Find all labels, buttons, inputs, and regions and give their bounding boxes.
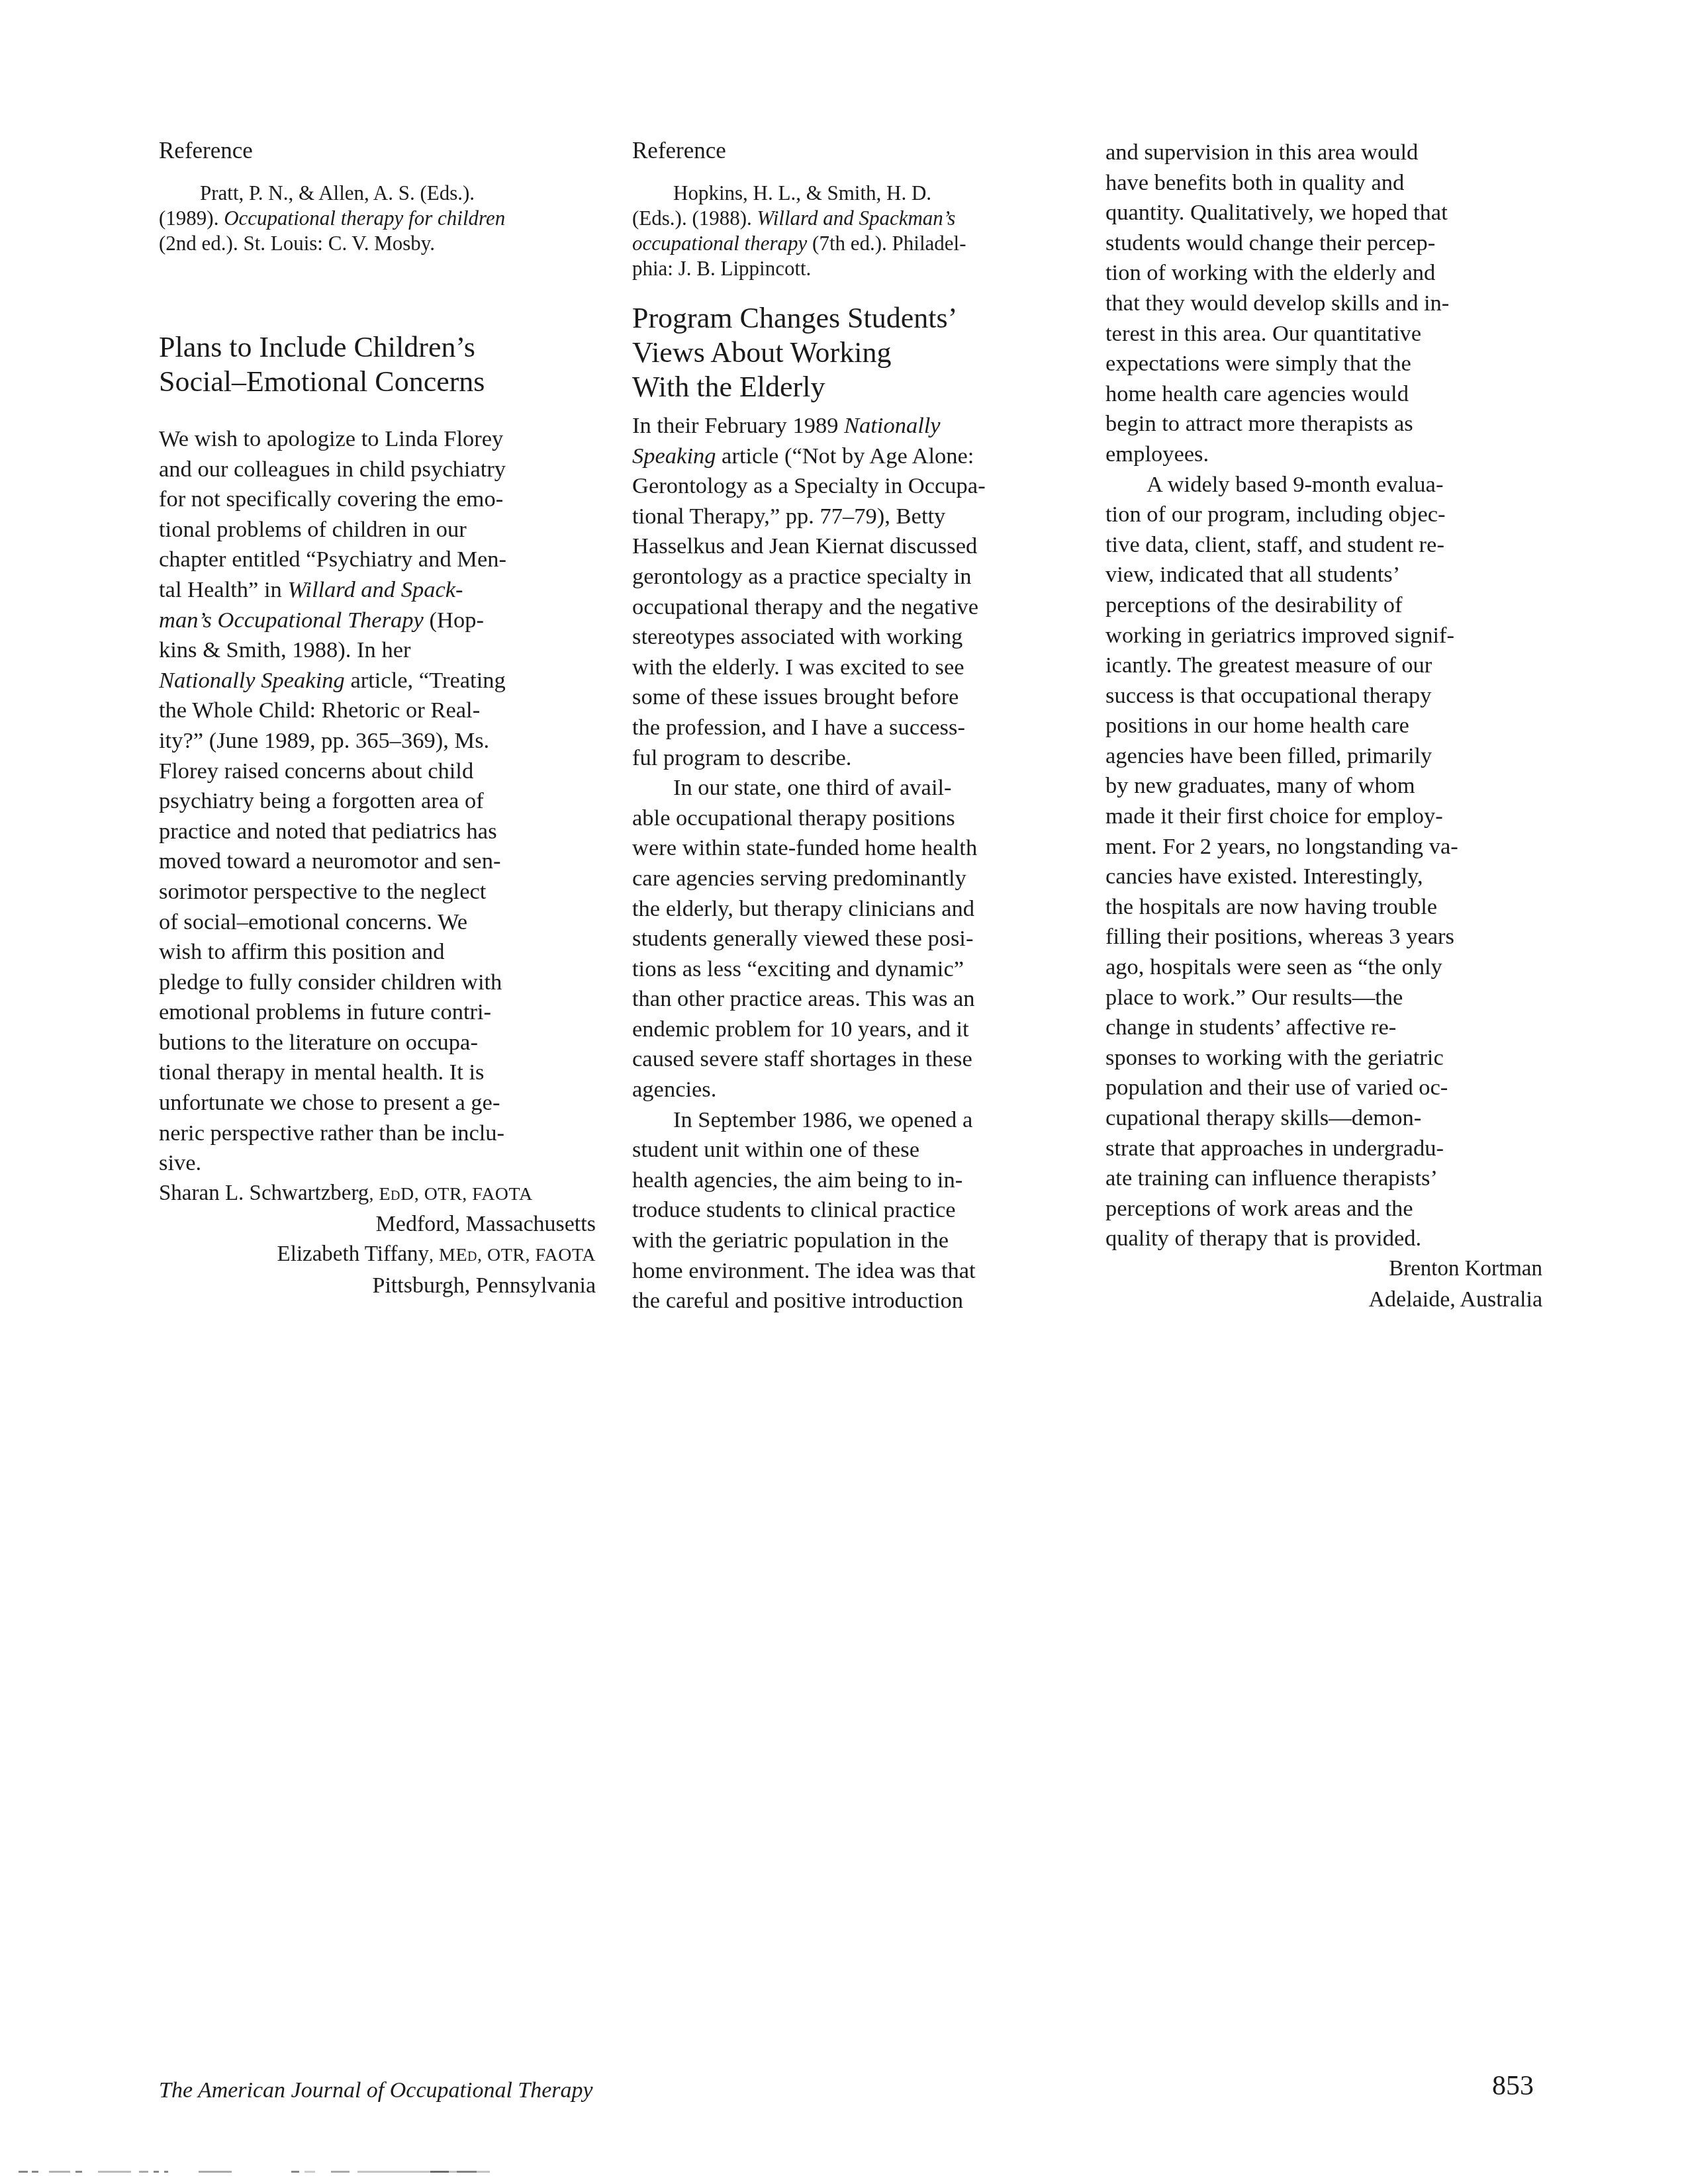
author-signature: Sharan L. Schwartzberg, EdD, OTR, FAOTA [159, 1179, 596, 1210]
body-line: able occupational therapy positions [632, 803, 1069, 834]
body-line: sorimotor perspective to the neglect [159, 877, 596, 907]
column-name-italic: Nationally Speaking [159, 668, 345, 693]
body-line: tional problems of children in our [159, 515, 596, 545]
body-line: ago, hospitals were seen as “the only [1105, 952, 1542, 983]
body-line: some of these issues brought before [632, 682, 1069, 713]
body-line: place to work.” Our results—the [1105, 983, 1542, 1013]
body-line: the elderly, but therapy clinicians and [632, 894, 1069, 925]
footer-journal-name: The American Journal of Occupational The… [159, 2078, 593, 2103]
journal-page: Reference Pratt, P. N., & Allen, A. S. (… [0, 0, 1688, 2184]
author-credentials: , MEd, OTR, FAOTA [429, 1245, 596, 1265]
body-line: Speaking article (“Not by Age Alone: [632, 441, 1069, 472]
reference-book-title: Occupational therapy for children [224, 206, 505, 230]
right-column: and supervision in this area would have … [1105, 138, 1542, 1314]
left-column: Reference Pratt, P. N., & Allen, A. S. (… [159, 136, 596, 1300]
body-line: perceptions of work areas and the [1105, 1194, 1542, 1224]
reference-line: (2nd ed.). St. Louis: C. V. Mosby. [159, 231, 596, 256]
article-body-continued: and supervision in this area would have … [1105, 138, 1542, 1254]
article-title-elderly: Program Changes Students’ Views About Wo… [632, 301, 1069, 404]
body-line: In our state, one third of avail- [632, 773, 1069, 803]
body-line: wish to affirm this position and [159, 937, 596, 968]
body-line: made it their first choice for employ- [1105, 801, 1542, 832]
body-line: home health care agencies would [1105, 379, 1542, 410]
body-line: cancies have existed. Interestingly, [1105, 862, 1542, 892]
body-line: Gerontology as a Specialty in Occupa- [632, 471, 1069, 502]
body-line: with the elderly. I was excited to see [632, 653, 1069, 683]
body-line: tive data, client, staff, and student re… [1105, 530, 1542, 561]
reference-heading: Reference [632, 136, 1069, 166]
body-line: strate that approaches in undergradu- [1105, 1134, 1542, 1164]
body-line: the Whole Child: Rhetoric or Real- [159, 696, 596, 726]
body-line: students generally viewed these posi- [632, 924, 1069, 954]
column-name-italic: Nationally [844, 413, 941, 438]
text-run: (7th ed.). Philadel- [807, 232, 966, 255]
body-line: change in students’ affective re- [1105, 1013, 1542, 1043]
body-line: Hasselkus and Jean Kiernat discussed [632, 531, 1069, 562]
body-line: cupational therapy skills—demon- [1105, 1103, 1542, 1134]
author-location: Medford, Massachusetts [159, 1209, 596, 1240]
article-body: We wish to apologize to Linda Florey and… [159, 424, 596, 1179]
body-line: occupational therapy and the negative [632, 592, 1069, 623]
body-line: tion of working with the elderly and [1105, 258, 1542, 289]
author-name: Brenton Kortman [1105, 1254, 1542, 1285]
reference-entry: Hopkins, H. L., & Smith, H. D. (Eds.). (… [632, 181, 1069, 281]
body-line: icantly. The greatest measure of our [1105, 651, 1542, 681]
title-line: Program Changes Students’ [632, 301, 1069, 336]
reference-year: (1989). [159, 206, 224, 230]
body-line: stereotypes associated with working [632, 622, 1069, 653]
body-line: filling their positions, whereas 3 years [1105, 922, 1542, 952]
body-line: success is that occupational therapy [1105, 681, 1542, 711]
book-title-italic: Willard and Spack- [287, 577, 463, 602]
body-line: employees. [1105, 439, 1542, 470]
body-line: psychiatry being a forgotten area of [159, 786, 596, 817]
reference-line: occupational therapy (7th ed.). Philadel… [632, 231, 1069, 256]
text-run: tal Health” in [159, 577, 287, 602]
reference-book-title: Willard and Spackman’s [757, 206, 956, 230]
body-line: by new graduates, many of whom [1105, 771, 1542, 801]
body-line: students would change their percep- [1105, 228, 1542, 259]
body-line: In September 1986, we opened a [632, 1105, 1069, 1136]
body-line: A widely based 9-month evalua- [1105, 470, 1542, 500]
body-line: ful program to describe. [632, 743, 1069, 774]
article-body: In their February 1989 Nationally Speaki… [632, 411, 1069, 1316]
author-name: Sharan L. Schwartzberg [159, 1181, 369, 1205]
scan-artifact-marks [0, 2168, 1192, 2177]
body-line: kins & Smith, 1988). In her [159, 635, 596, 666]
body-line: tal Health” in Willard and Spack- [159, 575, 596, 606]
body-line: and supervision in this area would [1105, 138, 1542, 168]
title-line: Views About Working [632, 336, 1069, 370]
reference-heading: Reference [159, 136, 596, 166]
body-line: care agencies serving predominantly [632, 864, 1069, 894]
body-line: the profession, and I have a success- [632, 713, 1069, 743]
body-line: ity?” (June 1989, pp. 365–369), Ms. [159, 726, 596, 756]
body-line: pledge to fully consider children with [159, 968, 596, 998]
reference-book-title: occupational therapy [632, 232, 807, 255]
body-line: We wish to apologize to Linda Florey [159, 424, 596, 455]
body-line: Nationally Speaking article, “Treating [159, 666, 596, 696]
body-line: unfortunate we chose to present a ge- [159, 1088, 596, 1118]
author-location: Pittsburgh, Pennsylvania [159, 1271, 596, 1301]
title-line: Plans to Include Children’s [159, 330, 596, 365]
title-line: With the Elderly [632, 370, 1069, 404]
reference-line: Hopkins, H. L., & Smith, H. D. [632, 181, 1069, 206]
body-line: chapter entitled “Psychiatry and Men- [159, 545, 596, 575]
body-line: expectations were simply that the [1105, 349, 1542, 379]
reference-line: (1989). Occupational therapy for childre… [159, 206, 596, 231]
page-number: 853 [1492, 2070, 1534, 2102]
body-line: moved toward a neuromotor and sen- [159, 846, 596, 877]
reference-line: Pratt, P. N., & Allen, A. S. (Eds.). [159, 181, 596, 206]
body-line: practice and noted that pediatrics has [159, 817, 596, 847]
body-line: quantity. Qualitatively, we hoped that [1105, 198, 1542, 228]
body-line: tions as less “exciting and dynamic” [632, 954, 1069, 985]
body-line: endemic problem for 10 years, and it [632, 1015, 1069, 1045]
body-line: emotional problems in future contri- [159, 997, 596, 1028]
body-line: quality of therapy that is provided. [1105, 1224, 1542, 1254]
author-signature-block: Brenton Kortman Adelaide, Australia [1105, 1254, 1542, 1314]
body-line: positions in our home health care [1105, 711, 1542, 741]
body-line: troduce students to clinical practice [632, 1195, 1069, 1226]
body-line: tion of our program, including objec- [1105, 500, 1542, 530]
body-line: health agencies, the aim being to in- [632, 1165, 1069, 1196]
body-line: were within state-funded home health [632, 833, 1069, 864]
text-run: In their February 1989 [632, 413, 844, 438]
body-line: terest in this area. Our quantitative [1105, 319, 1542, 349]
body-line: sive. [159, 1148, 596, 1179]
author-name: Elizabeth Tiffany [277, 1242, 429, 1266]
article-title-children: Plans to Include Children’s Social–Emoti… [159, 330, 596, 399]
body-line: caused severe staff shortages in these [632, 1044, 1069, 1075]
body-line: Florey raised concerns about child [159, 756, 596, 787]
author-credentials: , EdD, OTR, FAOTA [369, 1184, 532, 1205]
body-line: for not specifically covering the emo- [159, 484, 596, 515]
body-line: ment. For 2 years, no longstanding va- [1105, 832, 1542, 862]
body-line: ate training can influence therapists’ [1105, 1163, 1542, 1194]
body-line: have benefits both in quality and [1105, 168, 1542, 199]
body-line: tional Therapy,” pp. 77–79), Betty [632, 502, 1069, 532]
middle-column: Reference Hopkins, H. L., & Smith, H. D.… [632, 136, 1069, 1316]
title-line: Social–Emotional Concerns [159, 365, 596, 399]
body-line: of social–emotional concerns. We [159, 907, 596, 938]
body-line: view, indicated that all students’ [1105, 560, 1542, 590]
body-line: home environment. The idea was that [632, 1256, 1069, 1287]
text-run: (Hop- [424, 608, 484, 633]
column-name-italic: Speaking [632, 443, 716, 469]
body-line: neric perspective rather than be inclu- [159, 1118, 596, 1149]
author-signatures: Sharan L. Schwartzberg, EdD, OTR, FAOTA … [159, 1179, 596, 1300]
body-line: butions to the literature on occupa- [159, 1028, 596, 1058]
body-line: begin to attract more therapists as [1105, 409, 1542, 439]
body-line: tional therapy in mental health. It is [159, 1058, 596, 1088]
body-line: that they would develop skills and in- [1105, 289, 1542, 319]
body-line: In their February 1989 Nationally [632, 411, 1069, 441]
body-line: agencies. [632, 1075, 1069, 1105]
body-line: gerontology as a practice specialty in [632, 562, 1069, 592]
author-location: Adelaide, Australia [1105, 1285, 1542, 1315]
body-line: student unit within one of these [632, 1135, 1069, 1165]
body-line: sponses to working with the geriatric [1105, 1043, 1542, 1073]
reference-line: (Eds.). (1988). Willard and Spackman’s [632, 206, 1069, 231]
body-line: agencies have been filled, primarily [1105, 741, 1542, 772]
body-line: man’s Occupational Therapy (Hop- [159, 606, 596, 636]
body-line: and our colleagues in child psychiatry [159, 455, 596, 485]
body-line: with the geriatric population in the [632, 1226, 1069, 1256]
text-run: article, “Treating [345, 668, 506, 693]
book-title-italic: man’s Occupational Therapy [159, 608, 424, 633]
body-line: population and their use of varied oc- [1105, 1073, 1542, 1103]
body-line: than other practice areas. This was an [632, 984, 1069, 1015]
reference-line: phia: J. B. Lippincott. [632, 256, 1069, 281]
body-line: perceptions of the desirability of [1105, 590, 1542, 621]
text-run: article (“Not by Age Alone: [716, 443, 974, 469]
text-run: (Eds.). (1988). [632, 206, 757, 230]
reference-entry: Pratt, P. N., & Allen, A. S. (Eds.). (19… [159, 181, 596, 256]
body-line: the hospitals are now having trouble [1105, 892, 1542, 923]
author-signature: Elizabeth Tiffany, MEd, OTR, FAOTA [159, 1240, 596, 1271]
body-line: working in geriatrics improved signif- [1105, 621, 1542, 651]
body-line: the careful and positive introduction [632, 1286, 1069, 1316]
